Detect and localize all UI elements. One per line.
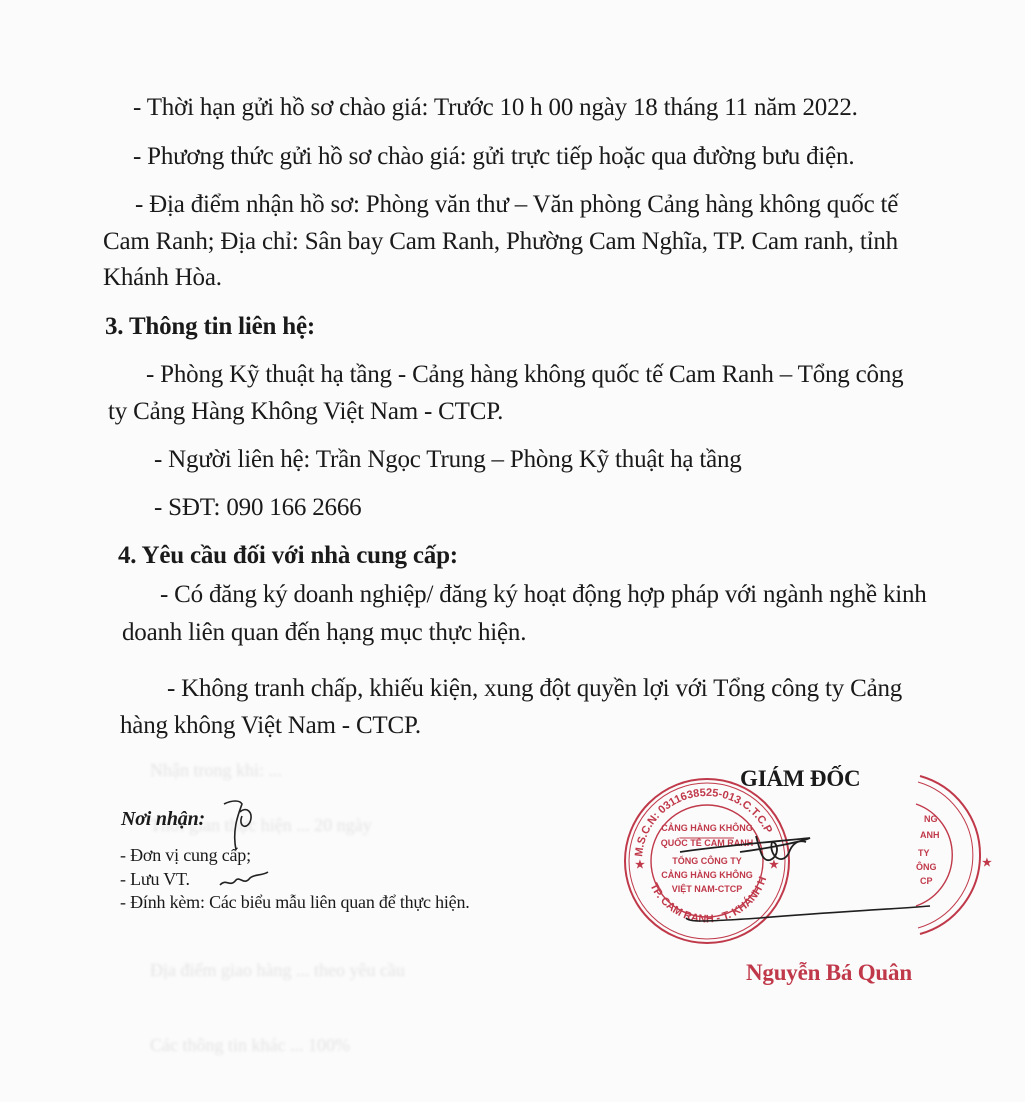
svg-text:ANH: ANH xyxy=(920,830,940,840)
requirement-1-line1: - Có đăng ký doanh nghiệp/ đăng ký hoạt … xyxy=(160,581,927,609)
submission-deadline: - Thời hạn gửi hồ sơ chào giá: Trước 10 … xyxy=(133,94,858,122)
submission-location-line2: Cam Ranh; Địa chỉ: Sân bay Cam Ranh, Phư… xyxy=(103,228,898,256)
submission-location-line1: - Địa điểm nhận hồ sơ: Phòng văn thư – V… xyxy=(135,191,898,219)
svg-text:NG: NG xyxy=(924,814,938,824)
recipient-item: - Đơn vị cung cấp; xyxy=(120,845,251,866)
recipients-heading: Nơi nhận: xyxy=(121,808,205,831)
submission-method: - Phương thức gửi hồ sơ chào giá: gửi tr… xyxy=(133,143,854,171)
signer-name: Nguyễn Bá Quân xyxy=(746,960,912,986)
contact-dept-line1: - Phòng Kỹ thuật hạ tầng - Cảng hàng khô… xyxy=(146,361,903,389)
svg-text:QUỐC TẾ CAM RANH: QUỐC TẾ CAM RANH xyxy=(661,837,754,848)
svg-text:TY: TY xyxy=(918,848,930,858)
bleed-through-text: Các thông tin khác ... 100% xyxy=(150,1035,350,1056)
contact-heading: 3. Thông tin liên hệ: xyxy=(105,313,315,341)
svg-text:CẢNG HÀNG KHÔNG: CẢNG HÀNG KHÔNG xyxy=(661,869,753,880)
requirement-2-line2: hàng không Việt Nam - CTCP. xyxy=(120,712,421,740)
requirement-2-line1: - Không tranh chấp, khiếu kiện, xung đột… xyxy=(167,675,902,703)
contact-person: - Người liên hệ: Trần Ngọc Trung – Phòng… xyxy=(154,446,742,474)
svg-text:★: ★ xyxy=(982,857,992,869)
partial-stamp-icon: NG ANH TY ÔNG CP ★ xyxy=(900,770,1025,940)
requirement-1-line2: doanh liên quan đến hạng mục thực hiện. xyxy=(122,619,526,647)
contact-dept-line2: ty Cảng Hàng Không Việt Nam - CTCP. xyxy=(108,398,503,426)
svg-text:★: ★ xyxy=(769,859,779,871)
bleed-through-text: Địa điểm giao hàng ... theo yêu cầu xyxy=(150,960,405,981)
requirements-heading: 4. Yêu cầu đối với nhà cung cấp: xyxy=(118,542,458,570)
svg-text:CP: CP xyxy=(920,876,933,886)
svg-text:CẢNG HÀNG KHÔNG: CẢNG HÀNG KHÔNG xyxy=(661,822,753,833)
svg-text:TỔNG CÔNG TY: TỔNG CÔNG TY xyxy=(672,855,742,866)
contact-phone: - SĐT: 090 166 2666 xyxy=(154,494,361,522)
svg-text:ÔNG: ÔNG xyxy=(916,861,937,872)
svg-text:★: ★ xyxy=(635,859,645,871)
recipient-item: - Lưu VT. xyxy=(120,869,190,890)
company-stamp-icon: M.S.C.N: 0311638525-013.C.T.C.P TP. CAM … xyxy=(622,776,792,946)
bleed-through-text: Nhận trong khi: ... xyxy=(150,760,282,781)
recipient-item: - Đính kèm: Các biểu mẫu liên quan để th… xyxy=(120,892,470,913)
submission-location-line3: Khánh Hòa. xyxy=(103,264,222,292)
svg-text:VIỆT NAM-CTCP: VIỆT NAM-CTCP xyxy=(672,883,743,894)
